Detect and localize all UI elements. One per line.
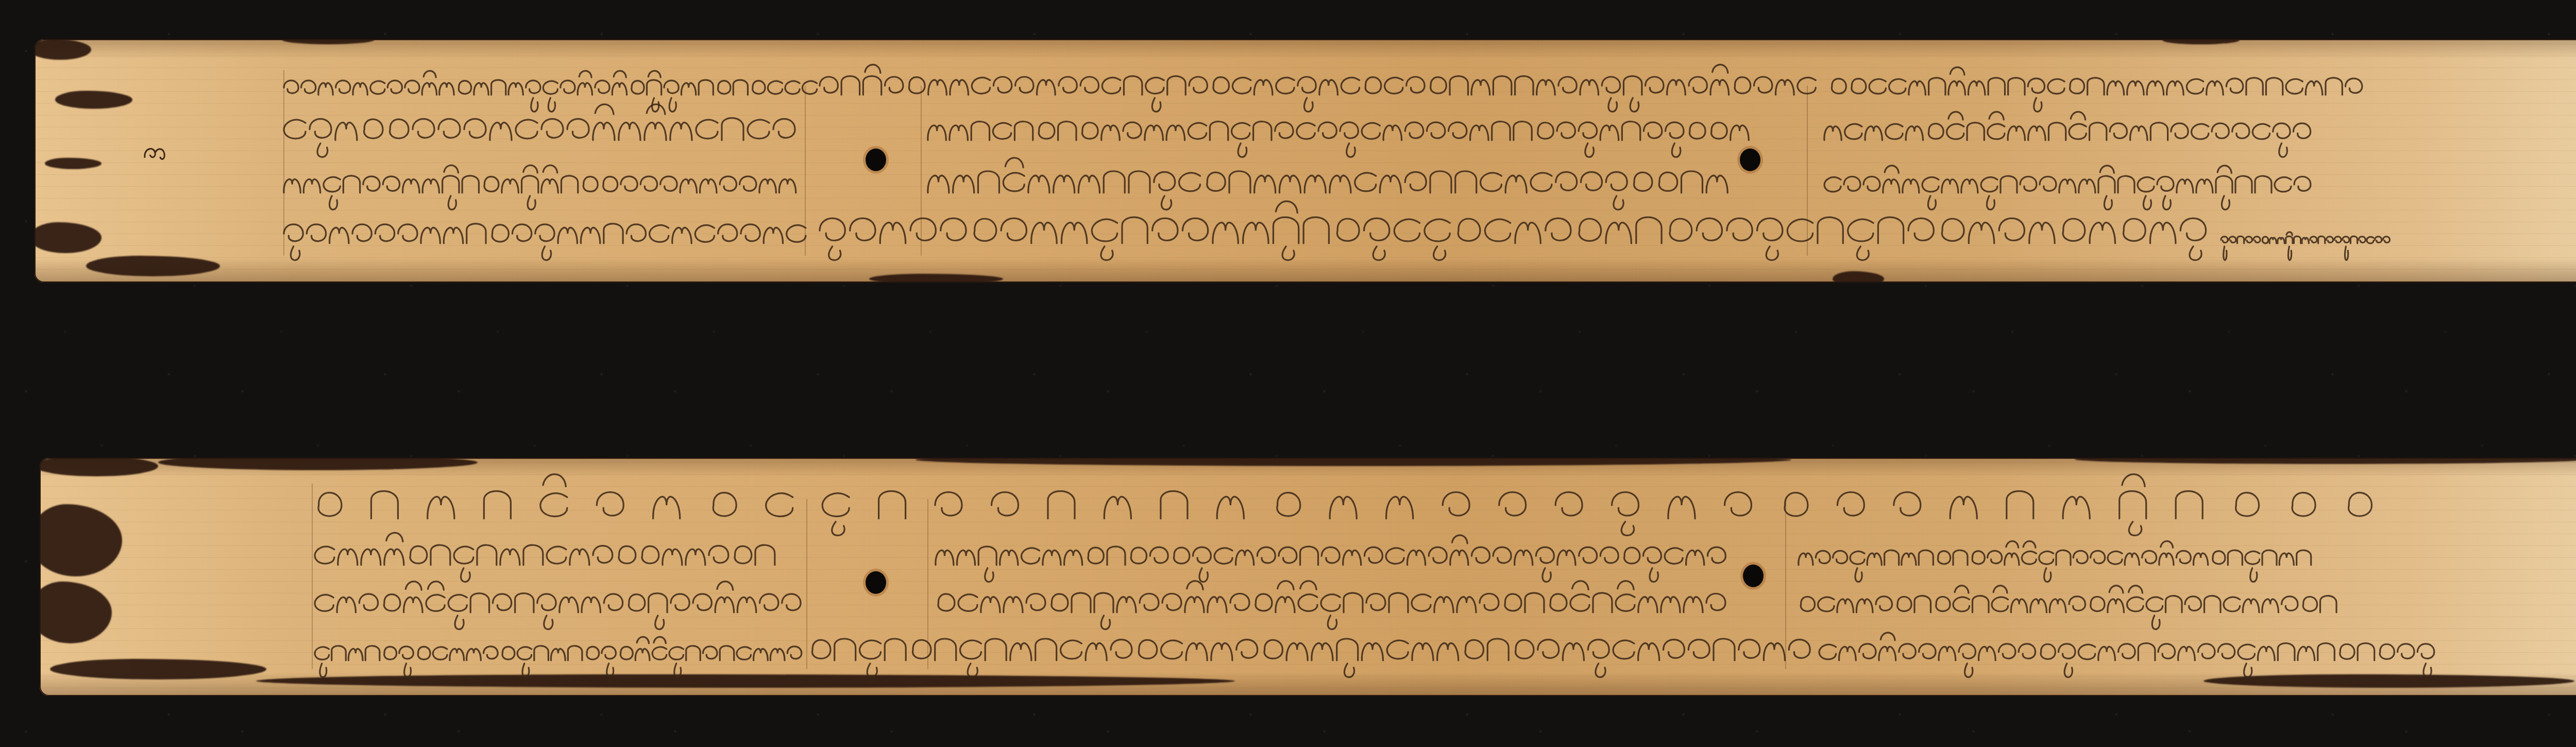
burn-mark bbox=[45, 158, 101, 169]
burn-mark bbox=[869, 274, 1003, 283]
incised-script-icon bbox=[807, 620, 1812, 682]
upper-palm-leaf: ဂ ဓေသာသဃောနိ တိဂိဝဒေနေ နွှဝိုပ္ပါလ် ဃဝိ … bbox=[35, 39, 2576, 283]
string-hole-right bbox=[1743, 565, 1764, 587]
string-hole-left bbox=[866, 148, 886, 171]
incised-script-icon bbox=[2219, 203, 2389, 265]
incised-script-icon bbox=[313, 620, 802, 682]
text-line: ပုဒုပုဒဂိုဗြာယဗိသာယ ဏိဇိဗြိတ္တ ံစဝ်သောဂေ… bbox=[807, 620, 1812, 682]
burn-mark bbox=[86, 256, 220, 276]
lower-palm-leaf: တုဏ္ဍာသ ယဿဒ္ဓဓုမ္မတိသေဘဘဝသေယျ ံသုမှုဟတွ … bbox=[40, 458, 2576, 696]
text-line: ဒုက္ခဝယဗိသာယ ဒုက္ခဝယ နူဒ္ဓုဗိသာ bbox=[313, 620, 802, 682]
burn-mark bbox=[50, 659, 266, 679]
text-line: ဝံဂျာယ သမှုသာဂဓေဝဂေဃော bbox=[2219, 203, 2389, 265]
string-hole-left bbox=[866, 571, 886, 594]
incised-script-icon bbox=[1817, 620, 2435, 682]
text-line: အကေ့ ံဉိဝသောပဝ်သာဂေဏော ဒိဂိုတ္တ ံ ဝ bbox=[1817, 620, 2435, 682]
text-line: ဝံသောဉိကုပေဝိသဂေါ သဃောမ် bbox=[282, 203, 807, 265]
page-number-mark: ဂ bbox=[143, 142, 168, 165]
incised-script-icon bbox=[282, 203, 807, 265]
burn-mark bbox=[55, 91, 132, 109]
